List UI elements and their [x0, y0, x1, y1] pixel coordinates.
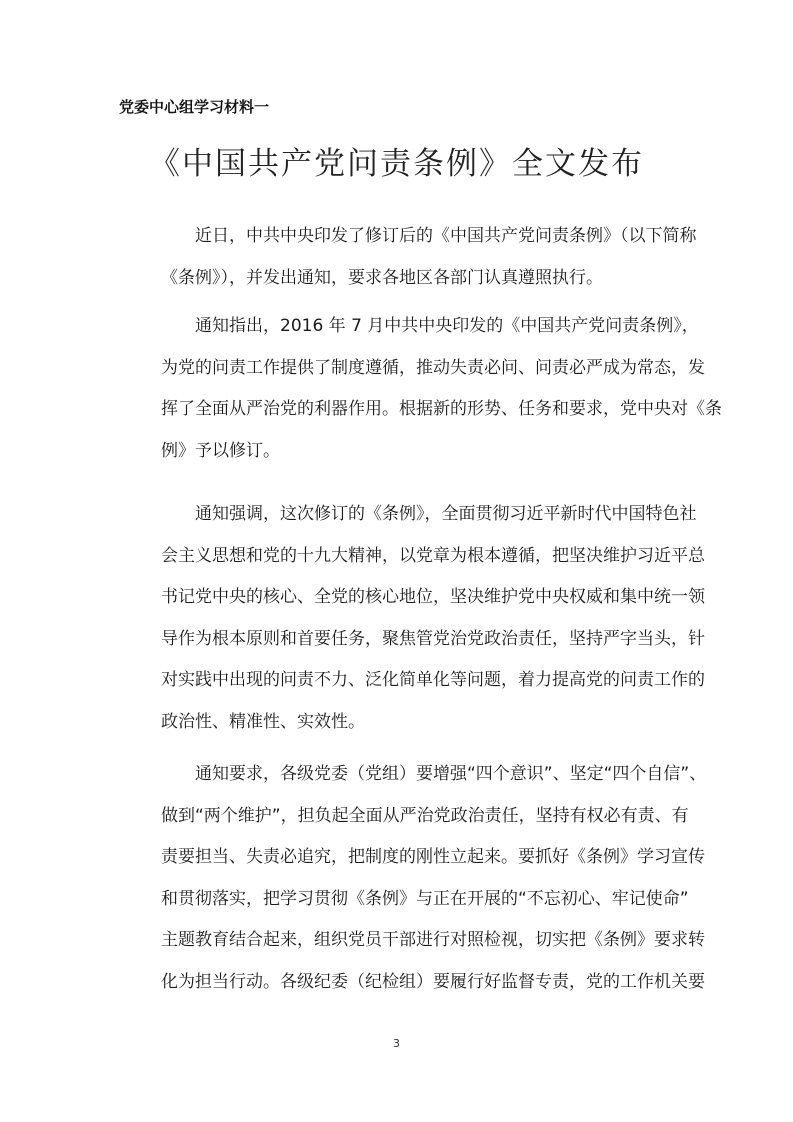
paragraph-line: 例》予以修订。 — [127, 431, 667, 473]
paragraph-line: 挥了全面从严治党的利器作用。根据新的形势、任务和要求，党中央对《条 — [127, 389, 667, 431]
paragraph-line: 书记党中央的核心、全党的核心地位，坚决维护党中央权威和集中统一领 — [127, 577, 667, 619]
paragraph-line: 政治性、精准性、实效性。 — [127, 702, 667, 744]
paragraph-2: 通知指出，2016 年 7 月中共中央印发的《中国共产党问责条例》， 为党的问责… — [127, 306, 667, 472]
paragraph-line: 通知强调，这次修订的《条例》，全面贯彻习近平新时代中国特色社 — [127, 494, 667, 536]
document-page: 党委中心组学习材料一 《中国共产党问责条例》全文发布 近日，中共中央印发了修订后… — [0, 0, 793, 1122]
paragraph-line: 会主义思想和党的十九大精神，以党章为根本遵循，把坚决维护习近平总 — [127, 536, 667, 578]
page-number: 3 — [0, 1037, 793, 1050]
paragraph-line: 通知要求，各级党委（党组）要增强“四个意识”、坚定“四个自信”、 — [127, 754, 667, 796]
paragraph-line: 做到“两个维护”，担负起全面从严治党政治责任，坚持有权必有责、有 — [127, 796, 667, 838]
paragraph-line: 化为担当行动。各级纪委（纪检组）要履行好监督专责，党的工作机关要 — [127, 962, 667, 1004]
paragraph-line: 对实践中出现的问责不力、泛化简单化等问题，着力提高党的问责工作的 — [127, 660, 667, 702]
paragraph-line: 《条例》），并发出通知，要求各地区各部门认真遵照执行。 — [127, 258, 667, 300]
paragraph-line: 近日，中共中央印发了修订后的《中国共产党问责条例》（以下简称 — [127, 216, 667, 258]
paragraph-line: 主题教育结合起来，组织党员干部进行对照检视，切实把《条例》要求转 — [127, 920, 667, 962]
header-label: 党委中心组学习材料一 — [119, 96, 269, 117]
paragraph-line: 导作为根本原则和首要任务，聚焦管党治党政治责任，坚持严字当头，针 — [127, 619, 667, 661]
paragraph-line: 和贯彻落实，把学习贯彻《条例》与正在开展的“不忘初心、牢记使命” — [127, 879, 667, 921]
paragraph-1: 近日，中共中央印发了修订后的《中国共产党问责条例》（以下简称 《条例》），并发出… — [127, 216, 667, 299]
paragraph-line: 责要担当、失责必追究，把制度的刚性立起来。要抓好《条例》学习宣传 — [127, 837, 667, 879]
paragraph-3: 通知强调，这次修订的《条例》，全面贯彻习近平新时代中国特色社 会主义思想和党的十… — [127, 494, 667, 743]
document-title: 《中国共产党问责条例》全文发布 — [0, 138, 793, 183]
paragraph-line: 为党的问责工作提供了制度遵循，推动失责必问、问责必严成为常态，发 — [127, 348, 667, 390]
paragraph-line: 通知指出，2016 年 7 月中共中央印发的《中国共产党问责条例》， — [127, 306, 667, 348]
paragraph-4: 通知要求，各级党委（党组）要增强“四个意识”、坚定“四个自信”、 做到“两个维护… — [127, 754, 667, 1003]
